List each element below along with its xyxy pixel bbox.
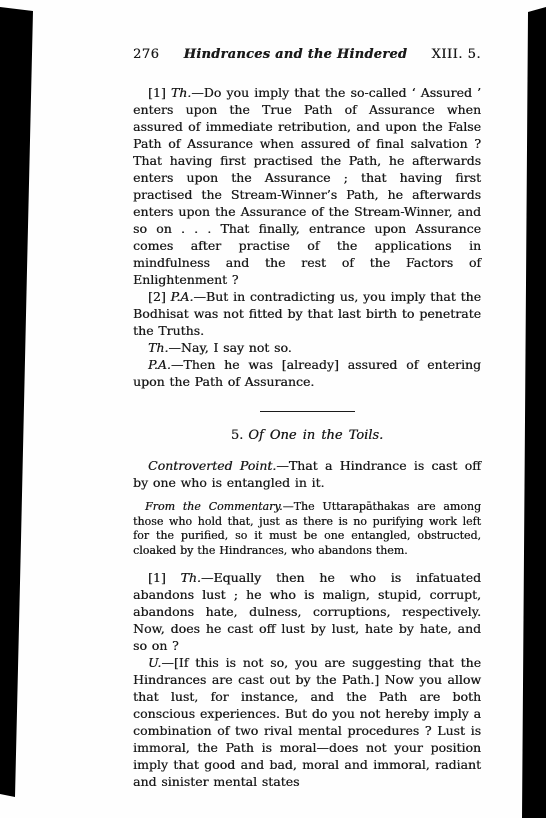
controverted-point-paragraph: Controverted Point.—That a Hindrance is … [133, 457, 481, 491]
scan-gutter-right-ink [512, 0, 546, 818]
dialogue-paragraph-1: [1] Th.—Do you imply that the so-called … [133, 84, 481, 288]
speaker-label: P.A. [171, 289, 194, 304]
section-divider-rule [260, 411, 355, 412]
paragraph-index: [2] [148, 289, 171, 304]
scan-gutter-left [0, 0, 40, 818]
speaker-label: P.A. [148, 357, 171, 372]
speaker-label: Th. [148, 340, 168, 355]
speaker-label: U. [148, 655, 161, 670]
paragraph-text: —Nay, I say not so. [168, 340, 291, 355]
paragraph-index: [1] [148, 85, 171, 100]
scan-gutter-right [512, 0, 546, 818]
paragraph-index: [1] [148, 570, 181, 585]
section-number: 5. [231, 428, 243, 443]
page-header: 276 Hindrances and the Hindered XIII. 5. [133, 46, 481, 64]
section-reference: XIII. 5. [432, 46, 482, 64]
paragraph-text: —Then he was [already] assured of enteri… [133, 357, 481, 389]
paragraph-text: —[If this is not so, you are suggesting … [133, 655, 481, 789]
running-title: Hindrances and the Hindered [184, 46, 408, 64]
controverted-point-label: Controverted Point. [148, 458, 276, 473]
dialogue-paragraph-2: [2] P.A.—But in contradicting us, you im… [133, 288, 481, 339]
dialogue-paragraph-5: [1] Th.—Equally then he who is infatuate… [133, 569, 481, 654]
dialogue-paragraph-6: U.—[If this is not so, you are suggestin… [133, 654, 481, 790]
dialogue-paragraph-4: P.A.—Then he was [already] assured of en… [133, 356, 481, 390]
page-number: 276 [133, 46, 159, 64]
dialogue-paragraph-3: Th.—Nay, I say not so. [133, 339, 481, 356]
speaker-label: Th. [181, 570, 201, 585]
speaker-label: Th. [171, 85, 191, 100]
commentary-label: From the Commentary. [145, 500, 283, 513]
page-content: 276 Hindrances and the Hindered XIII. 5.… [133, 46, 481, 790]
commentary-paragraph: From the Commentary.—The Uttarapāthakas … [133, 500, 481, 558]
paragraph-text: —Do you imply that the so-called ‘ Assur… [133, 85, 481, 287]
scanned-book-page: 276 Hindrances and the Hindered XIII. 5.… [0, 0, 546, 818]
section-title: Of One in the Toils. [248, 428, 383, 443]
section-heading: 5.Of One in the Toils. [133, 427, 481, 444]
scan-gutter-left-ink [0, 0, 40, 818]
